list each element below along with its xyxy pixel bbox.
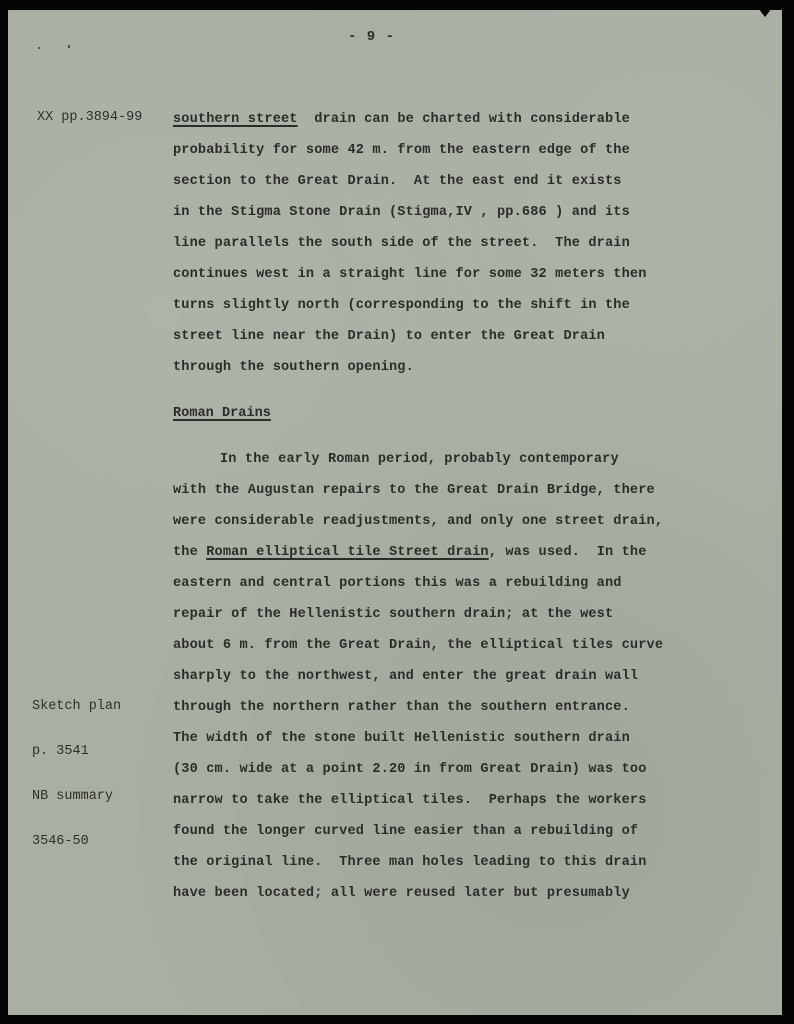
- text-line: continues west in a straight line for so…: [173, 259, 773, 290]
- page-number: - 9 -: [348, 29, 395, 45]
- spacer: [173, 383, 773, 398]
- text-line: (30 cm. wide at a point 2.20 in from Gre…: [173, 754, 773, 785]
- text-line: The width of the stone built Hellenistic…: [173, 723, 773, 754]
- text-line: with the Augustan repairs to the Great D…: [173, 475, 773, 506]
- text-line: probability for some 42 m. from the east…: [173, 135, 773, 166]
- text-line: the original line. Three man holes leadi…: [173, 847, 773, 878]
- text-line: were considerable readjustments, and onl…: [173, 506, 773, 537]
- body-text: southern street drain can be charted wit…: [173, 104, 773, 909]
- text-line: sharply to the northwest, and enter the …: [173, 661, 773, 692]
- margin-sketch-line: p. 3541: [32, 744, 121, 759]
- margin-sketch-note: Sketch plan p. 3541 NB summary 3546-50: [32, 669, 121, 879]
- section-heading: Roman Drains: [173, 398, 773, 429]
- text-line: about 6 m. from the Great Drain, the ell…: [173, 630, 773, 661]
- torn-corner: [758, 8, 772, 17]
- text-line: in the Stigma Stone Drain (Stigma,IV , p…: [173, 197, 773, 228]
- stray-mark: [38, 47, 40, 49]
- margin-sketch-line: NB summary: [32, 789, 121, 804]
- text-line: found the longer curved line easier than…: [173, 816, 773, 847]
- text-line: the Roman elliptical tile Street drain, …: [173, 537, 773, 568]
- underlined-term: Roman elliptical tile Street drain: [206, 545, 488, 560]
- text-line: through the southern opening.: [173, 352, 773, 383]
- margin-sketch-line: 3546-50: [32, 834, 121, 849]
- text-line: In the early Roman period, probably cont…: [173, 444, 773, 475]
- text-line: street line near the Drain) to enter the…: [173, 321, 773, 352]
- text-line: eastern and central portions this was a …: [173, 568, 773, 599]
- text-line: have been located; all were reused later…: [173, 878, 773, 909]
- text-line: line parallels the south side of the str…: [173, 228, 773, 259]
- text-line: turns slightly north (corresponding to t…: [173, 290, 773, 321]
- text-line: repair of the Hellenistic southern drain…: [173, 599, 773, 630]
- spacer: [173, 429, 773, 444]
- text-line: section to the Great Drain. At the east …: [173, 166, 773, 197]
- text-line: through the northern rather than the sou…: [173, 692, 773, 723]
- underlined-term: southern street: [173, 112, 298, 127]
- margin-reference: XX pp.3894-99: [37, 110, 142, 125]
- stray-mark: [68, 45, 70, 48]
- text-line: southern street drain can be charted wit…: [173, 104, 773, 135]
- margin-sketch-line: Sketch plan: [32, 699, 121, 714]
- typewritten-page: - 9 - XX pp.3894-99 Sketch plan p. 3541 …: [8, 10, 782, 1015]
- text-line: narrow to take the elliptical tiles. Per…: [173, 785, 773, 816]
